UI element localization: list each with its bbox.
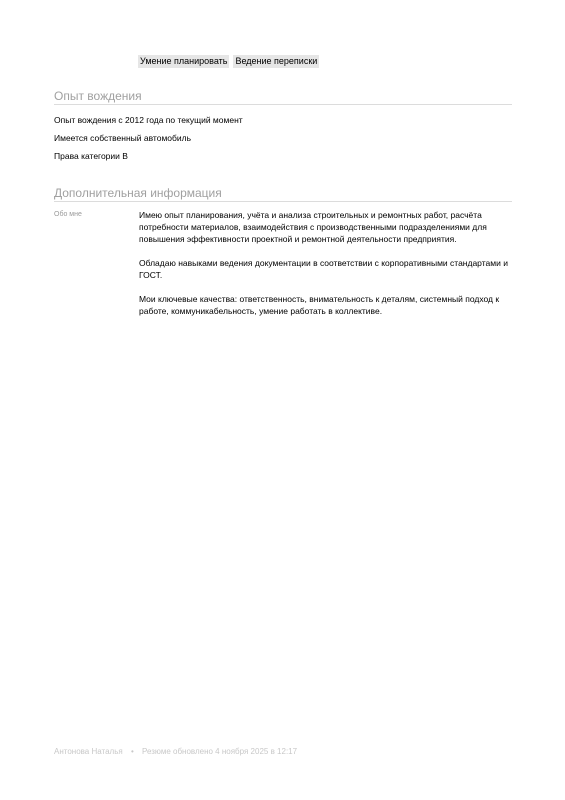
about-paragraph: Мои ключевые качества: ответственность, … — [139, 293, 511, 317]
additional-section: Дополнительная информация Обо мне Имею о… — [54, 186, 512, 329]
about-paragraph: Имею опыт планирования, учёта и анализа … — [139, 209, 511, 245]
about-label: Обо мне — [54, 209, 139, 329]
footer-name: Антонова Наталья — [54, 747, 123, 756]
about-paragraph: Обладаю навыками ведения документации в … — [139, 257, 511, 281]
skills-tags: Умение планировать Ведение переписки — [138, 55, 319, 68]
driving-item: Имеется собственный автомобиль — [54, 133, 512, 143]
footer-separator: • — [131, 747, 134, 756]
driving-item: Права категории B — [54, 151, 512, 161]
about-text: Имею опыт планирования, учёта и анализа … — [139, 209, 511, 329]
section-title: Опыт вождения — [54, 89, 512, 105]
skill-tag: Ведение переписки — [233, 55, 319, 68]
section-title: Дополнительная информация — [54, 186, 512, 202]
about-row: Обо мне Имею опыт планирования, учёта и … — [54, 209, 512, 329]
driving-section: Опыт вождения Опыт вождения с 2012 года … — [54, 89, 512, 161]
driving-item: Опыт вождения с 2012 года по текущий мом… — [54, 115, 512, 125]
footer-updated: Резюме обновлено 4 ноября 2025 в 12:17 — [142, 747, 297, 756]
skill-tag: Умение планировать — [138, 55, 229, 68]
footer: Антонова Наталья • Резюме обновлено 4 но… — [54, 747, 297, 756]
